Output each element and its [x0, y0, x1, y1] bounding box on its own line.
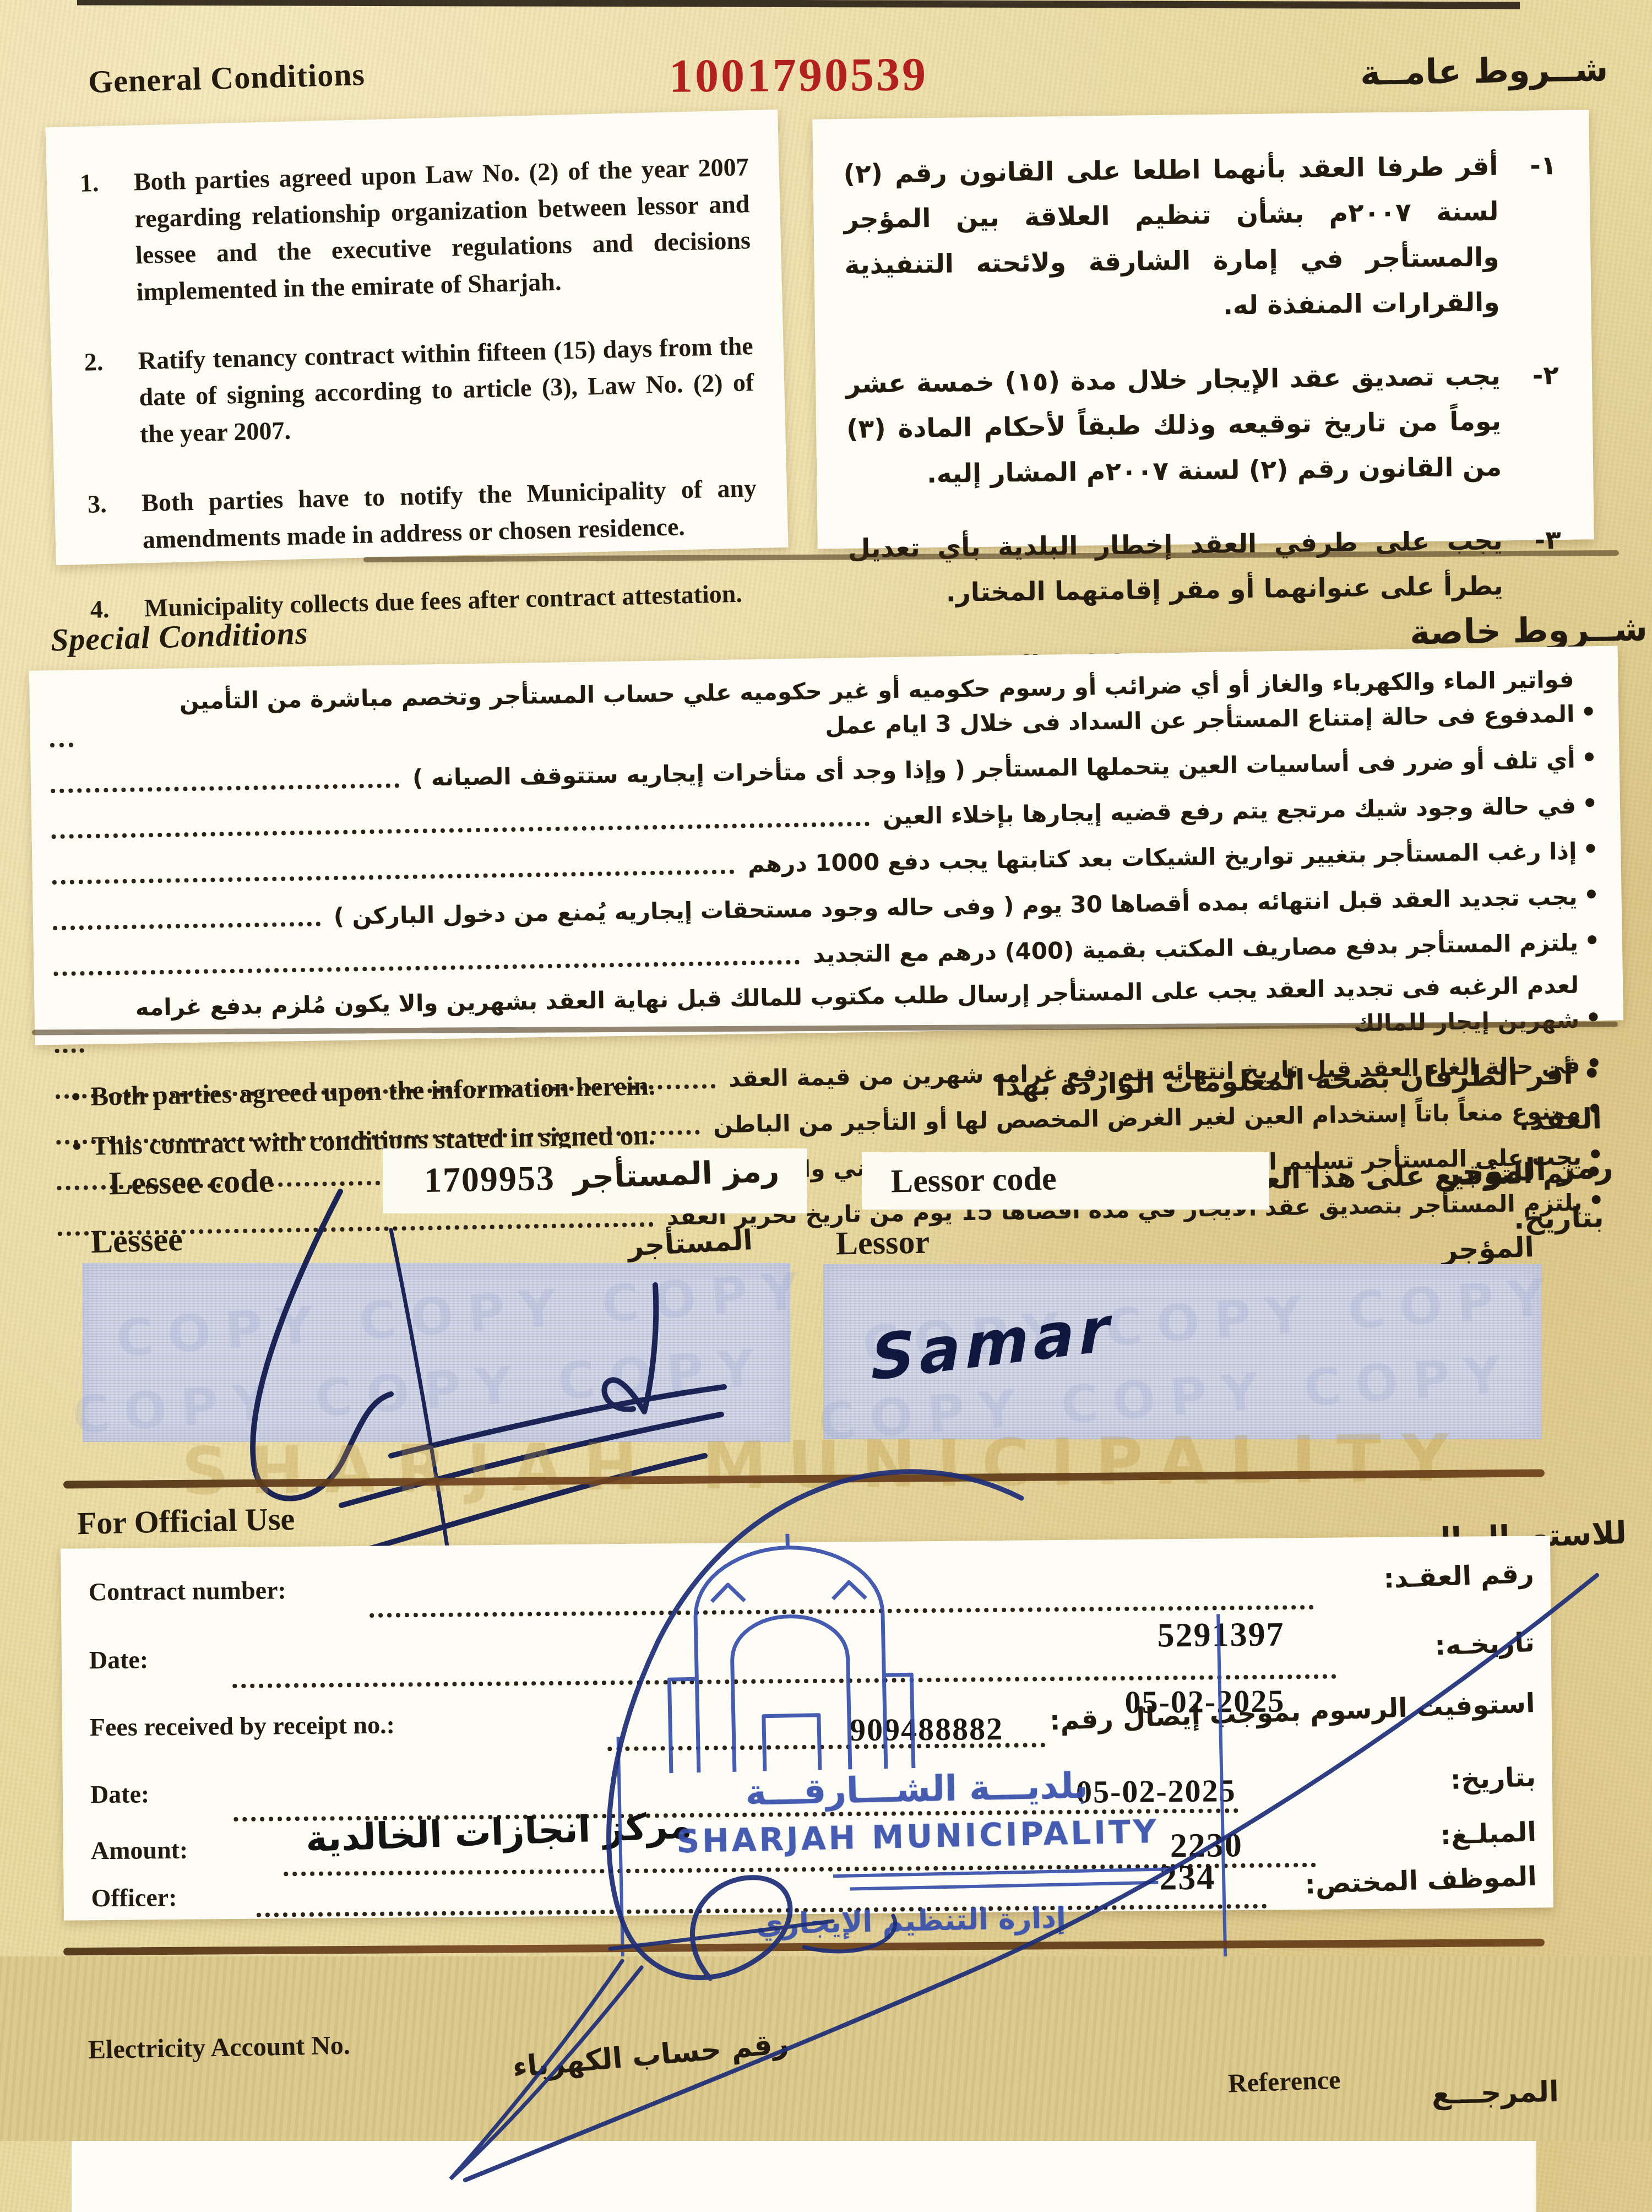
lessor-label: Lessor: [835, 1223, 930, 1263]
dotted-leader: [55, 1048, 84, 1053]
scan-top-edge: [77, 0, 1520, 9]
date2-label: Date:: [90, 1779, 150, 1809]
stamp-department-ar: إدارة التنظيم الإيجاري: [702, 1900, 1121, 1942]
special-condition-7: •لعدم الرغبه فى تجديد العقد يجب على المس…: [51, 967, 1602, 1061]
lessor-code-label-ar: رمز المؤجر: [1442, 1150, 1613, 1191]
document-number: 1001790539: [669, 46, 928, 103]
stamp-line: [833, 1867, 1175, 1878]
amount-label: Amount:: [91, 1835, 188, 1866]
official-use-title-en: For Official Use: [77, 1500, 295, 1542]
lessor-label-ar: المؤجر: [1441, 1231, 1535, 1266]
stamp-emblem-icon: [633, 1531, 947, 1774]
general-conditions-box-en: 1. Both parties agreed upon Law No. (2) …: [45, 110, 788, 565]
dotted-leader: [52, 870, 735, 885]
dotted-leader: [53, 960, 800, 976]
date-label: Date:: [89, 1645, 149, 1674]
special-conditions-box: •فواتير الماء والكهرباء والغاز أو أي ضرا…: [29, 646, 1623, 1045]
date2-label-ar: بتاريخ:: [1450, 1761, 1536, 1796]
general-condition-ar-1: ١- أقر طرفا العقد بأنهما اطلعا على القان…: [843, 143, 1558, 333]
amount-label-ar: المبلـغ:: [1440, 1817, 1537, 1851]
dotted-leader: [52, 822, 870, 839]
contract-number-label: Contract number:: [89, 1575, 286, 1606]
general-condition-en-3: 3. Both parties have to notify the Munic…: [87, 470, 758, 560]
contract-number-label-ar: رقم العقـد:: [1383, 1558, 1535, 1595]
dotted-leader: [51, 783, 399, 793]
lessee-code-label: Lessee code: [108, 1162, 273, 1202]
agreement-ar-1: •أقر الطرفان بصحة المعلومات الواردة بهذا…: [934, 1051, 1602, 1155]
general-conditions-box-ar: ١- أقر طرفا العقد بأنهما اطلعا على القان…: [812, 110, 1594, 549]
date-label-ar: تاريخـه:: [1434, 1627, 1535, 1662]
general-conditions-title-en: General Conditions: [88, 56, 366, 100]
fees-receipt-label: Fees received by receipt no.:: [90, 1710, 395, 1742]
lessee-signature-field: COPY COPY COPY COPY COPY COPY: [83, 1263, 790, 1442]
lessee-code-label-ar: رمز المستأجر: [572, 1153, 780, 1196]
reference-label-ar: المرجـــع: [1431, 2075, 1559, 2111]
dotted-leader: [53, 921, 320, 930]
general-condition-en-2: 2. Ratify tenancy contract within fiftee…: [84, 328, 756, 454]
dotted-leader: [50, 742, 73, 747]
scanned-tenancy-contract-page: { "page": { "doc_number": "1001790539" }…: [0, 0, 1652, 2212]
officer-label-ar: الموظف المختص:: [1304, 1861, 1537, 1900]
bottom-white-area: [72, 2141, 1536, 2212]
general-conditions-title-ar: شــروط عامــة: [1360, 48, 1608, 93]
special-condition-1: •فواتير الماء والكهرباء والغاز أو أي ضرا…: [46, 662, 1597, 755]
footer-band: Electricity Account No. رقم حساب الكهربا…: [0, 1956, 1652, 2141]
general-condition-ar-3: ٣- يجب على طرفي العقد إخطار البلدية بأي …: [847, 518, 1562, 617]
municipality-watermark: SHARJAH MUNICIPALITY: [181, 1420, 1470, 1509]
general-condition-en-1: 1. Both parties agreed upon Law No. (2) …: [79, 149, 752, 312]
officer-label: Officer:: [91, 1883, 177, 1912]
electricity-account-label-en: Electricity Account No.: [88, 2030, 351, 2065]
special-conditions-title-en: Special Conditions: [50, 614, 308, 658]
lessee-code-value: 1709953: [423, 1158, 555, 1201]
stamp-line: [850, 1881, 1158, 1891]
lessor-code-label: Lessor code: [890, 1159, 1057, 1200]
lessor-signature-field: COPY COPY COPY COPY COPY COPY Samar: [823, 1264, 1542, 1439]
general-condition-ar-2: ٢- يجب تصديق عقد الإيجار خلال مدة (١٥) خ…: [846, 353, 1561, 498]
electricity-account-label-ar: رقم حساب الكهرباء: [511, 2027, 790, 2084]
stamp-name-en: SHARJAH MUNICIPALITY: [601, 1811, 1235, 1862]
reference-label-en: Reference: [1227, 2064, 1341, 2099]
